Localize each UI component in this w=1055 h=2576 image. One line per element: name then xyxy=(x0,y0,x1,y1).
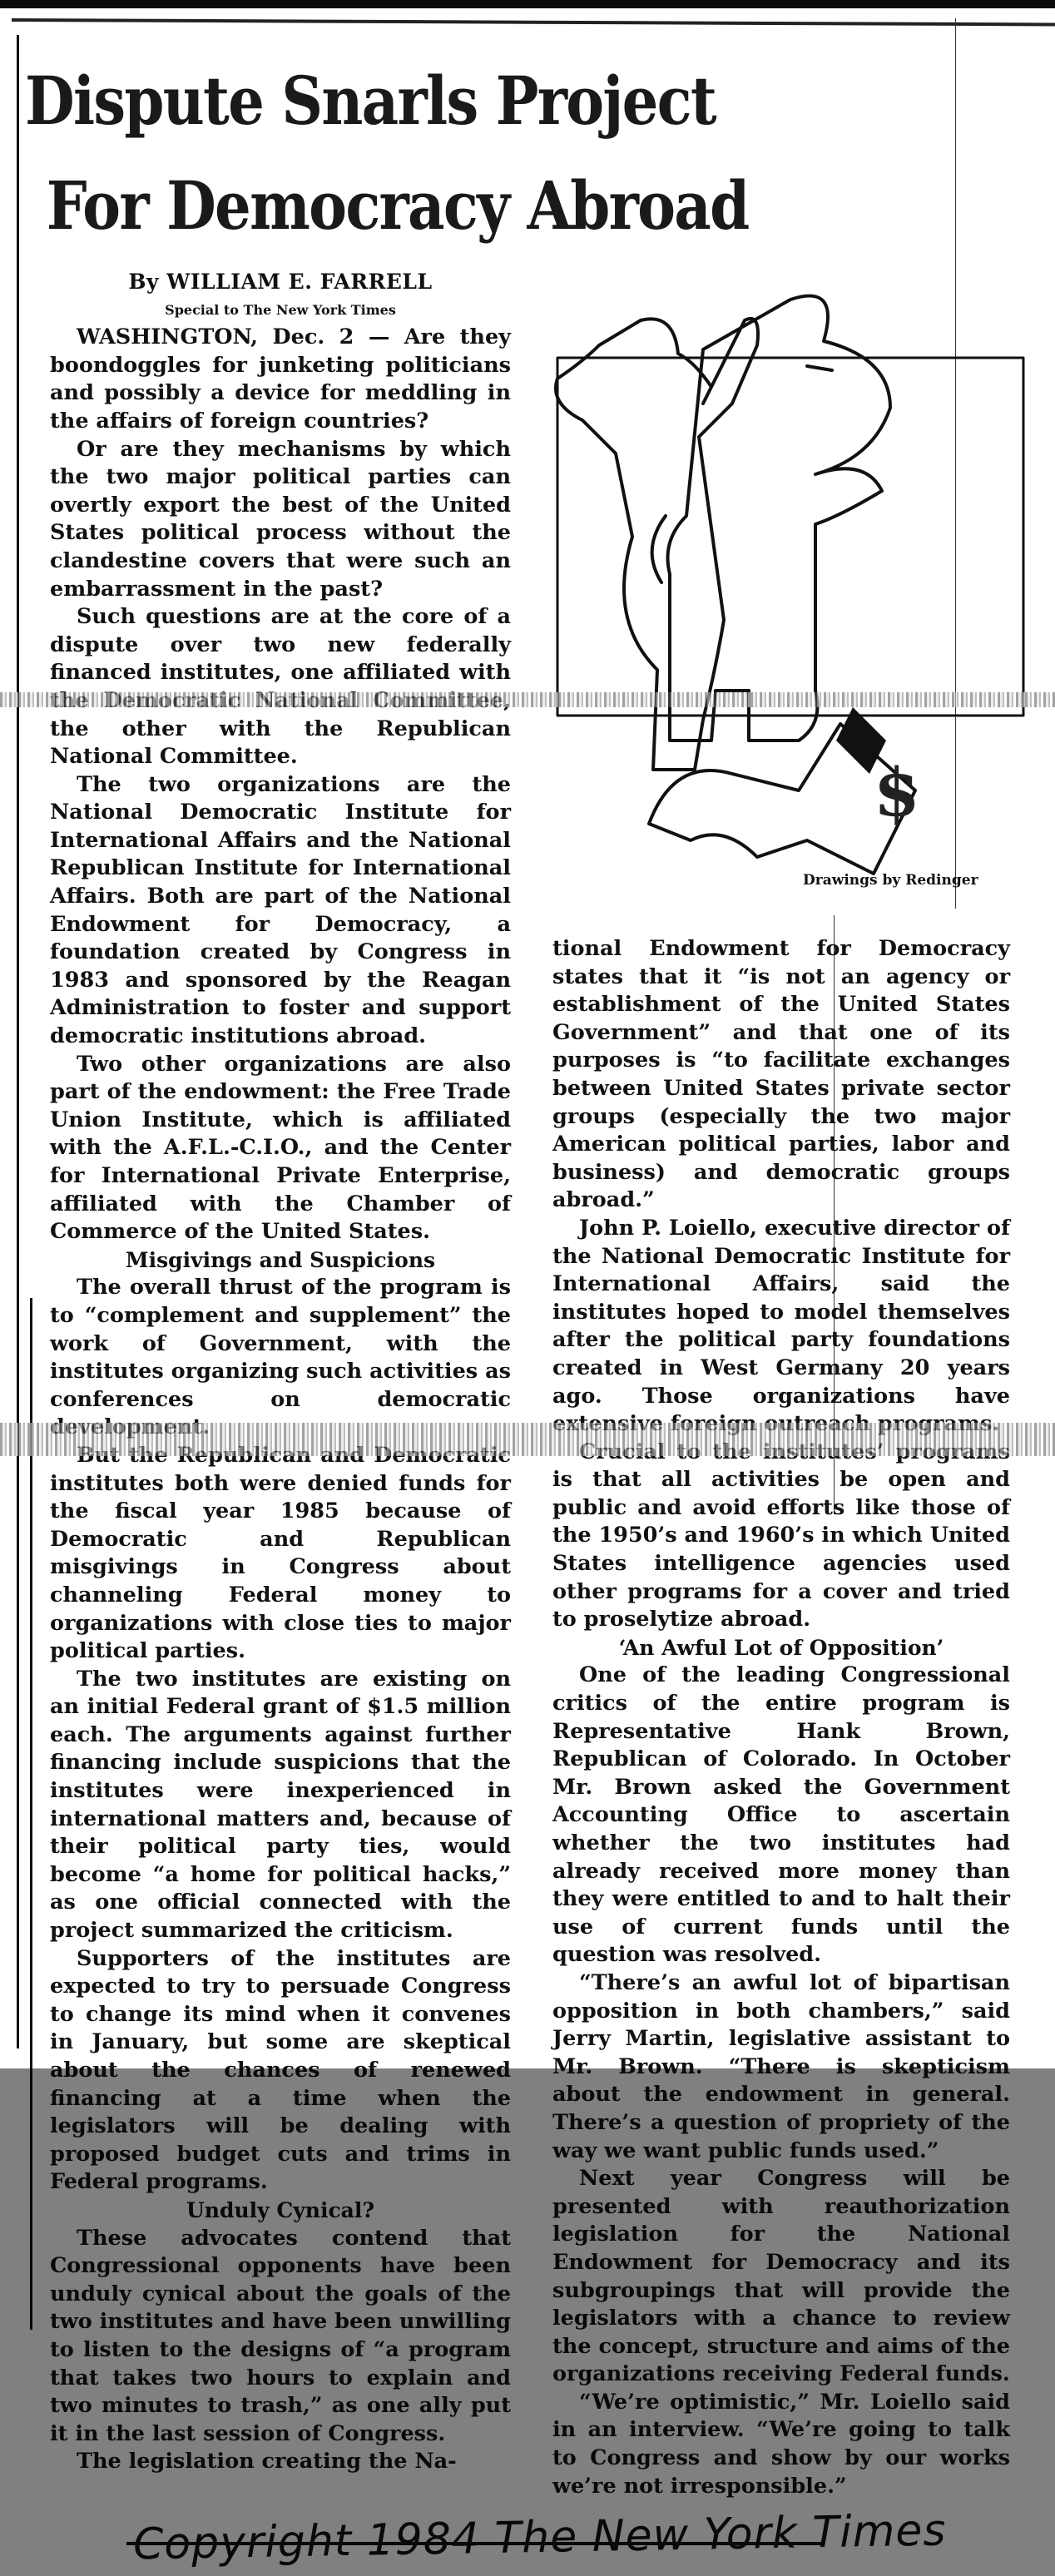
headline-line-2: For Democracy Abroad xyxy=(25,153,884,258)
top-rule xyxy=(12,18,1055,26)
section-subhead: ‘An Awful Lot of Opposition’ xyxy=(552,1634,1010,1662)
section-subhead: Unduly Cynical? xyxy=(50,2197,511,2225)
headline: Dispute Snarls Project For Democracy Abr… xyxy=(25,48,884,258)
headline-line-1: Dispute Snarls Project xyxy=(25,48,884,153)
scan-artifact xyxy=(0,692,1055,707)
paragraph: The legislation creating the Na- xyxy=(50,2448,511,2476)
paragraph: Such questions are at the core of a disp… xyxy=(50,603,511,771)
paragraph: “We’re optimistic,” Mr. Loiello said in … xyxy=(552,2389,1010,2500)
paragraph: These advocates contend that Congression… xyxy=(50,2225,511,2449)
scan-top-edge xyxy=(0,0,1055,8)
donkey-elephant-illustration: $ xyxy=(541,275,1040,907)
left-column-body: WASHINGTON, Dec. 2 — Are they boondoggle… xyxy=(50,324,511,2476)
right-column: tional Endowment for Democracy states th… xyxy=(552,935,1010,2500)
paragraph: One of the leading Congressional critics… xyxy=(552,1662,1010,1969)
paragraph: The two organizations are the National D… xyxy=(50,771,511,1051)
paragraph: But the Republican and Democratic instit… xyxy=(50,1442,511,1666)
handwritten-underline xyxy=(126,2542,822,2545)
left-column-rule xyxy=(17,35,19,2048)
byline: By WILLIAM E. FARRELL xyxy=(50,268,511,296)
handwritten-copyright: Copyright 1984 The New York Times xyxy=(133,2505,947,2569)
paragraph: Next year Congress will be presented wit… xyxy=(552,2165,1010,2389)
left-column: By WILLIAM E. FARRELL Special to The New… xyxy=(50,268,511,2476)
credit-line: Special to The New York Times xyxy=(50,296,511,324)
paragraph: tional Endowment for Democracy states th… xyxy=(552,935,1010,1215)
illustration-credit: Drawings by Redinger xyxy=(803,872,978,889)
paragraph: Crucial to the institutes’ programs is t… xyxy=(552,1439,1010,1634)
paragraph: The two institutes are existing on an in… xyxy=(50,1666,511,1945)
paragraph: Or are they mechanisms by which the two … xyxy=(50,436,511,604)
paragraph: Supporters of the institutes are expecte… xyxy=(50,1945,511,2197)
section-subhead: Misgivings and Suspicions xyxy=(50,1246,511,1275)
paragraph: WASHINGTON, Dec. 2 — Are they boondoggle… xyxy=(50,324,511,435)
paragraph: Two other organizations are also part of… xyxy=(50,1051,511,1246)
paragraph: The overall thrust of the program is to … xyxy=(50,1274,511,1442)
paragraph: “There’s an awful lot of bipartisan oppo… xyxy=(552,1969,1010,2165)
svg-text:$: $ xyxy=(874,753,920,831)
scan-artifact xyxy=(0,1423,1055,1456)
paragraph: John P. Loiello, executive director of t… xyxy=(552,1215,1010,1439)
right-column-body: tional Endowment for Democracy states th… xyxy=(552,935,1010,2500)
